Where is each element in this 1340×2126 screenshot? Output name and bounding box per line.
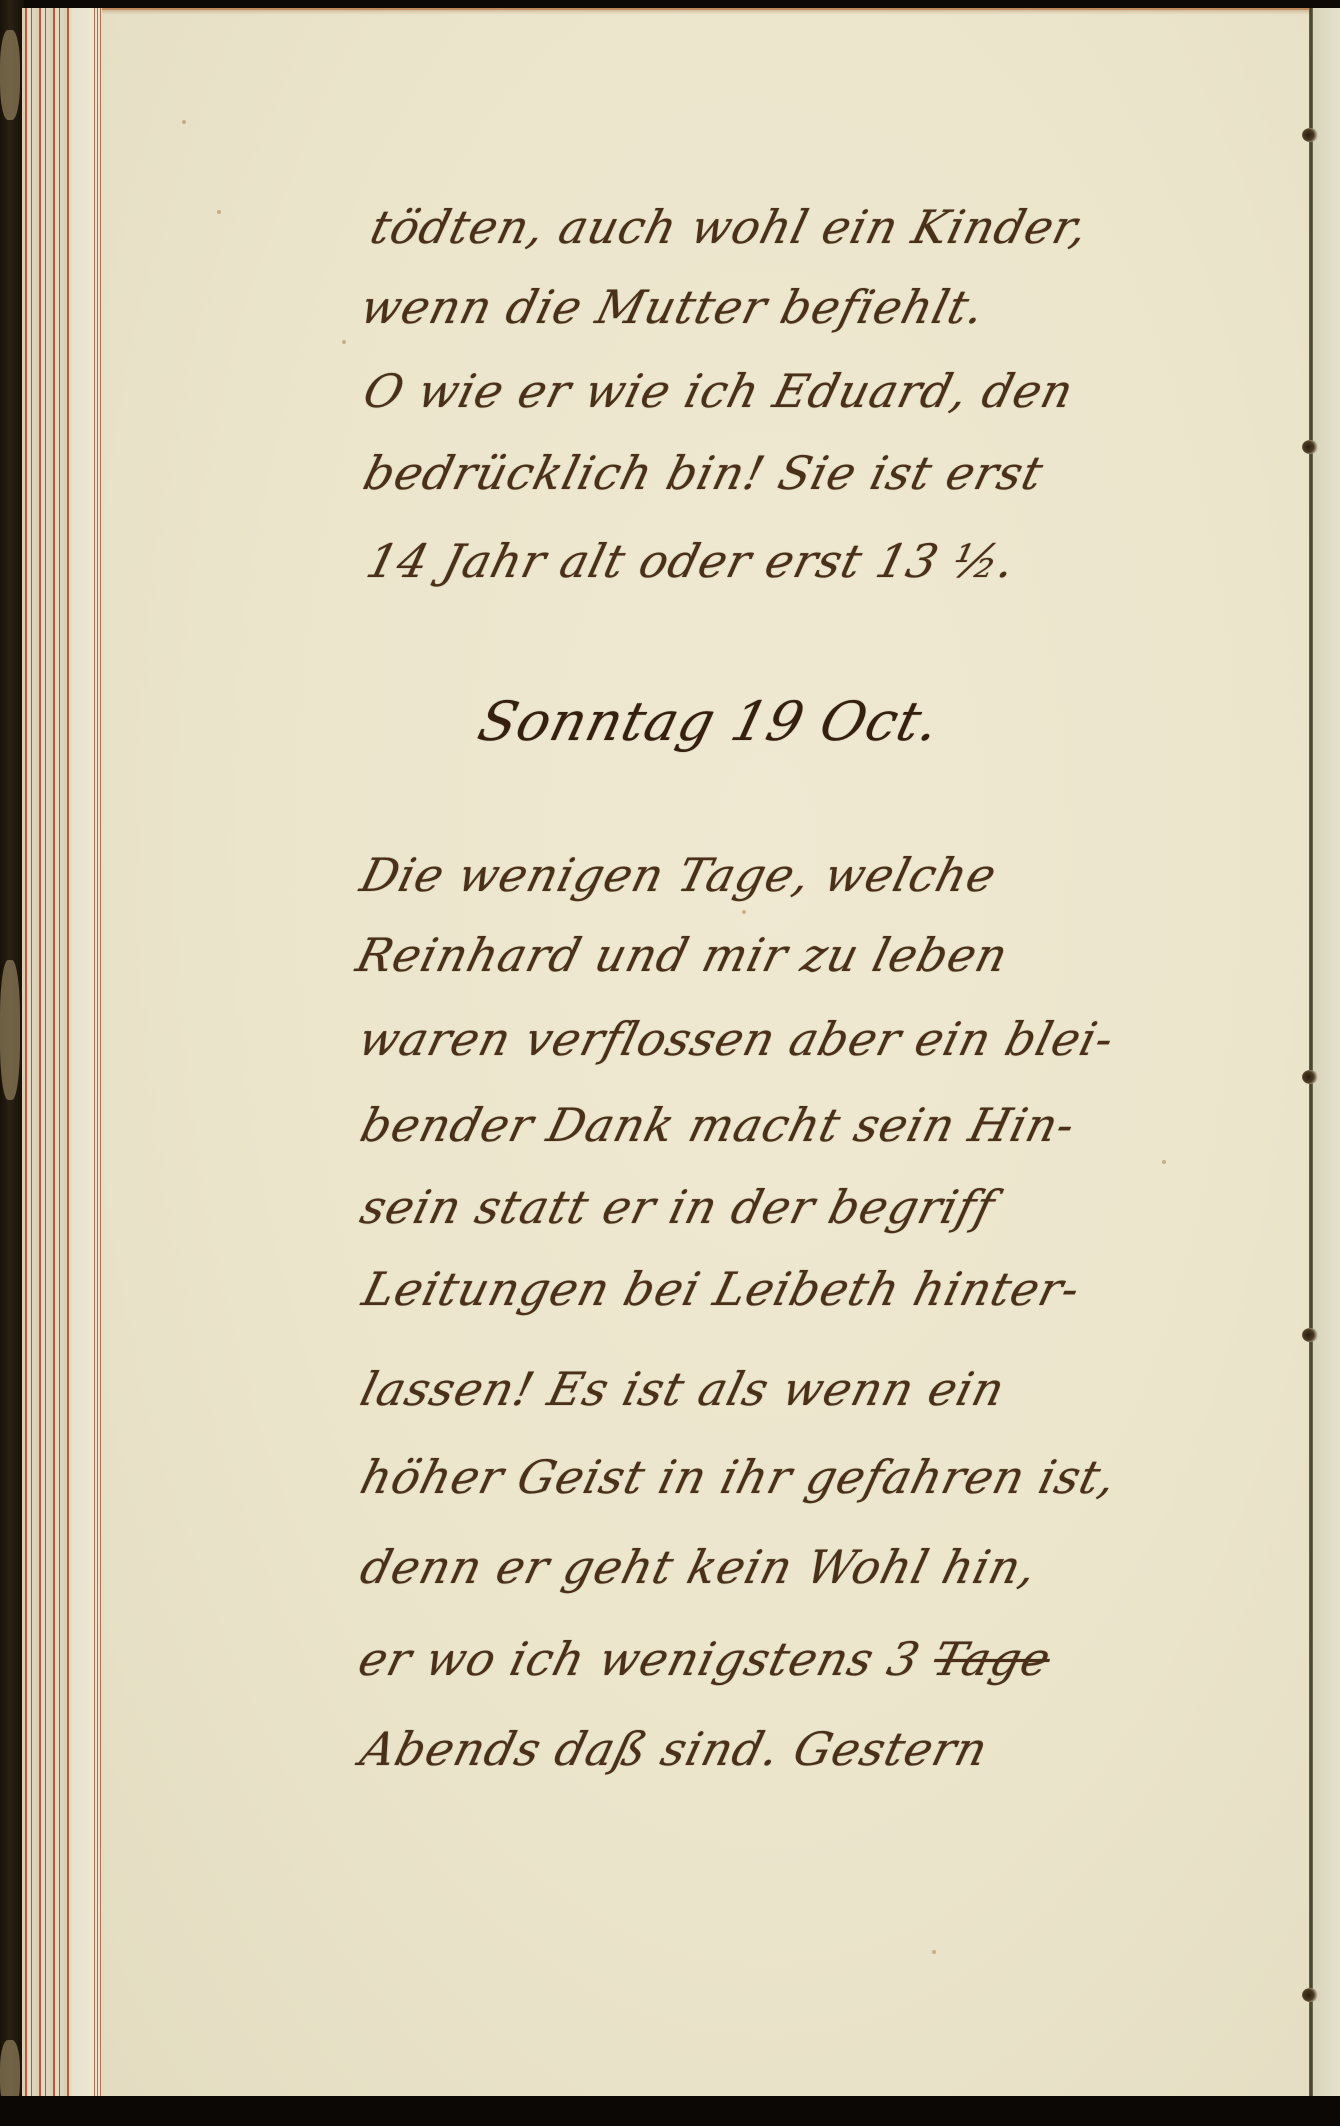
manuscript-line: bedrücklich bin! Sie ist erst bbox=[358, 446, 1049, 500]
stitch-hole bbox=[1302, 1328, 1318, 1342]
manuscript-line: Die wenigen Tage, welche bbox=[355, 848, 1002, 902]
manuscript-line: Leitungen bei Leibeth hinter- bbox=[357, 1262, 1086, 1316]
manuscript-line: höher Geist in ihr gefahren ist, bbox=[355, 1450, 1122, 1504]
manuscript-line: denn er geht kein Wohl hin, bbox=[355, 1540, 1043, 1594]
cover-wear bbox=[0, 30, 20, 120]
paper-speck bbox=[932, 1950, 936, 1954]
cover-wear bbox=[0, 960, 20, 1100]
entry-date-heading: Sonntag 19 Oct. bbox=[472, 690, 947, 753]
manuscript-line: Abends daß sind. Gestern bbox=[355, 1722, 993, 1776]
manuscript-line: bender Dank macht sein Hin- bbox=[355, 1098, 1081, 1152]
stitch-hole bbox=[1302, 440, 1318, 454]
manuscript-line: er wo ich wenigstens 3 Tage bbox=[353, 1632, 1056, 1686]
red-page-edge bbox=[94, 8, 102, 2098]
paper-speck bbox=[342, 340, 346, 344]
background-shadow bbox=[0, 2096, 1340, 2126]
stitch-hole bbox=[1302, 1070, 1318, 1084]
paper-speck bbox=[742, 910, 746, 914]
manuscript-line: Reinhard und mir zu leben bbox=[351, 928, 1014, 982]
paper-speck bbox=[1162, 1160, 1166, 1164]
facing-page-strip bbox=[1313, 8, 1340, 2096]
manuscript-line: sein statt er in der begriff bbox=[355, 1180, 1000, 1234]
paper-speck bbox=[182, 120, 186, 124]
book-cover-edge bbox=[0, 0, 24, 2126]
fore-edge-gap bbox=[72, 8, 94, 2098]
manuscript-line: lassen! Es ist als wenn ein bbox=[355, 1362, 1010, 1416]
struck-through-word: Tage bbox=[928, 1632, 1057, 1686]
manuscript-line: waren verflossen aber ein blei- bbox=[353, 1012, 1120, 1066]
stitch-hole bbox=[1302, 128, 1318, 142]
manuscript-line: 14 Jahr alt oder erst 13 ½. bbox=[361, 534, 1021, 588]
page-fore-edge-stack bbox=[22, 8, 102, 2098]
stitch-hole bbox=[1302, 1988, 1318, 2002]
manuscript-line-text: er wo ich wenigstens 3 bbox=[353, 1632, 926, 1686]
paper-speck bbox=[217, 210, 221, 214]
manuscript-line: tödten, auch wohl ein Kinder, bbox=[365, 200, 1094, 254]
manuscript-line: O wie er wie ich Eduard, den bbox=[358, 364, 1079, 418]
manuscript-line: wenn die Mutter befiehlt. bbox=[355, 280, 991, 334]
